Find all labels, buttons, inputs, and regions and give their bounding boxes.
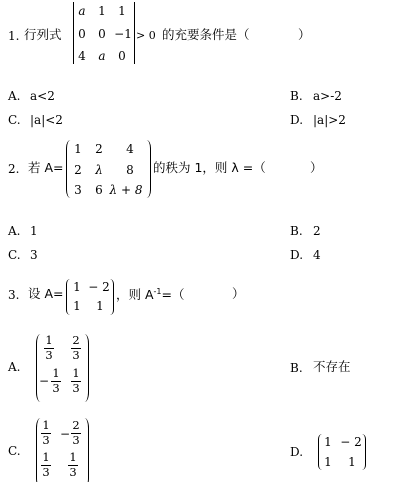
numerator: 1 — [42, 420, 49, 432]
option-label: C. — [8, 249, 21, 261]
denominator: 3 — [69, 467, 76, 479]
matrix-cell: 1 — [70, 143, 86, 155]
matrix-cell: λ + 8 — [108, 184, 144, 196]
matrix-cell: 0 — [94, 28, 110, 40]
determinant: a 1 1 0 0 −1 4 a 0 — [73, 2, 135, 64]
option-label: A. — [8, 361, 20, 373]
option-text: 4 — [313, 249, 321, 261]
option-text: a>-2 — [313, 90, 342, 102]
answer-blank-close: ） — [298, 29, 311, 42]
numerator: 1 — [52, 368, 59, 380]
fraction: 23 — [71, 335, 81, 361]
option-text: 3 — [30, 249, 38, 261]
denominator: 3 — [42, 435, 49, 447]
question-prefix: 行列式 — [24, 29, 62, 42]
question-number: 2. — [8, 163, 19, 175]
numerator: 1 — [42, 452, 49, 464]
matrix-cell: 1 — [320, 456, 336, 468]
fraction: 13 — [44, 335, 54, 361]
answer-blank-close: ） — [310, 162, 323, 175]
option-text: 不存在 — [313, 361, 351, 374]
option-text: 1 — [30, 225, 38, 237]
denominator: 3 — [42, 467, 49, 479]
matrix-cell: 1 — [94, 5, 110, 17]
denominator: 3 — [72, 350, 79, 362]
denominator: 3 — [52, 383, 59, 395]
numerator: 2 — [72, 420, 79, 432]
option-text: |a|>2 — [313, 114, 346, 126]
matrix-cell: 1 — [320, 436, 336, 448]
fraction: 13 — [41, 452, 51, 478]
matrix-cell: − 2 — [88, 281, 110, 293]
matrix-cell: 3 — [70, 184, 86, 196]
option-label: C. — [8, 114, 21, 126]
minus-sign: − — [60, 428, 70, 440]
denominator: 3 — [72, 383, 79, 395]
matrix-cell: − 2 — [340, 436, 362, 448]
option-label: C. — [8, 445, 21, 457]
question-number: 3. — [8, 289, 19, 301]
fraction: 13 — [41, 420, 51, 446]
matrix-cell: 1 — [344, 456, 360, 468]
option-label: D. — [290, 114, 303, 126]
fraction: 13 — [71, 368, 81, 394]
matrix-cell: 1 — [69, 300, 85, 312]
matrix-cell: a — [74, 5, 90, 17]
matrix-cell: 4 — [74, 50, 90, 62]
option-label: D. — [290, 446, 303, 458]
matrix-cell: 6 — [91, 184, 107, 196]
numerator: 2 — [72, 335, 79, 347]
option-label: D. — [290, 249, 303, 261]
question-text: ，则 A-1=（ — [116, 288, 185, 302]
question-text-part: =（ — [162, 287, 185, 302]
fraction: 23 — [71, 420, 81, 446]
fraction: 13 — [51, 368, 61, 394]
matrix-cell: a — [94, 50, 110, 62]
matrix-cell: 2 — [70, 164, 86, 176]
minus-sign: − — [39, 375, 49, 387]
option-label: B. — [290, 90, 303, 102]
right-paren — [80, 418, 89, 482]
option-text: |a|<2 — [30, 114, 63, 126]
denominator: 3 — [45, 350, 52, 362]
answer-blank-close: ） — [232, 288, 245, 301]
question-text: 的充要条件是（ — [162, 29, 250, 42]
option-label: A. — [8, 90, 20, 102]
question-text-part: ，则 A — [116, 287, 154, 302]
denominator: 3 — [72, 435, 79, 447]
matrix-cell: 8 — [122, 164, 138, 176]
inequality: > 0 — [136, 30, 156, 41]
question-prefix: 设 A= — [28, 288, 64, 301]
matrix-cell: 1 — [114, 5, 130, 17]
numerator: 1 — [45, 335, 52, 347]
inverse-superscript: -1 — [154, 287, 162, 296]
question-text: 的秩为 1，则 λ =（ — [153, 162, 266, 175]
right-paren — [80, 334, 89, 402]
option-label: B. — [290, 362, 303, 374]
numerator: 1 — [69, 452, 76, 464]
matrix-cell: 2 — [91, 143, 107, 155]
matrix-cell: 1 — [69, 281, 85, 293]
question-number: 1. — [8, 30, 19, 42]
option-text: 2 — [313, 225, 321, 237]
matrix-cell: 0 — [114, 50, 130, 62]
matrix-cell: 0 — [74, 28, 90, 40]
matrix-cell: λ — [91, 164, 107, 176]
matrix-cell: −1 — [112, 28, 134, 40]
matrix-cell: 4 — [122, 143, 138, 155]
option-label: A. — [8, 225, 20, 237]
option-label: B. — [290, 225, 303, 237]
option-text: a<2 — [30, 90, 55, 102]
matrix-cell: 1 — [92, 300, 108, 312]
numerator: 1 — [72, 368, 79, 380]
question-prefix: 若 A= — [28, 162, 64, 175]
fraction: 13 — [68, 452, 78, 478]
